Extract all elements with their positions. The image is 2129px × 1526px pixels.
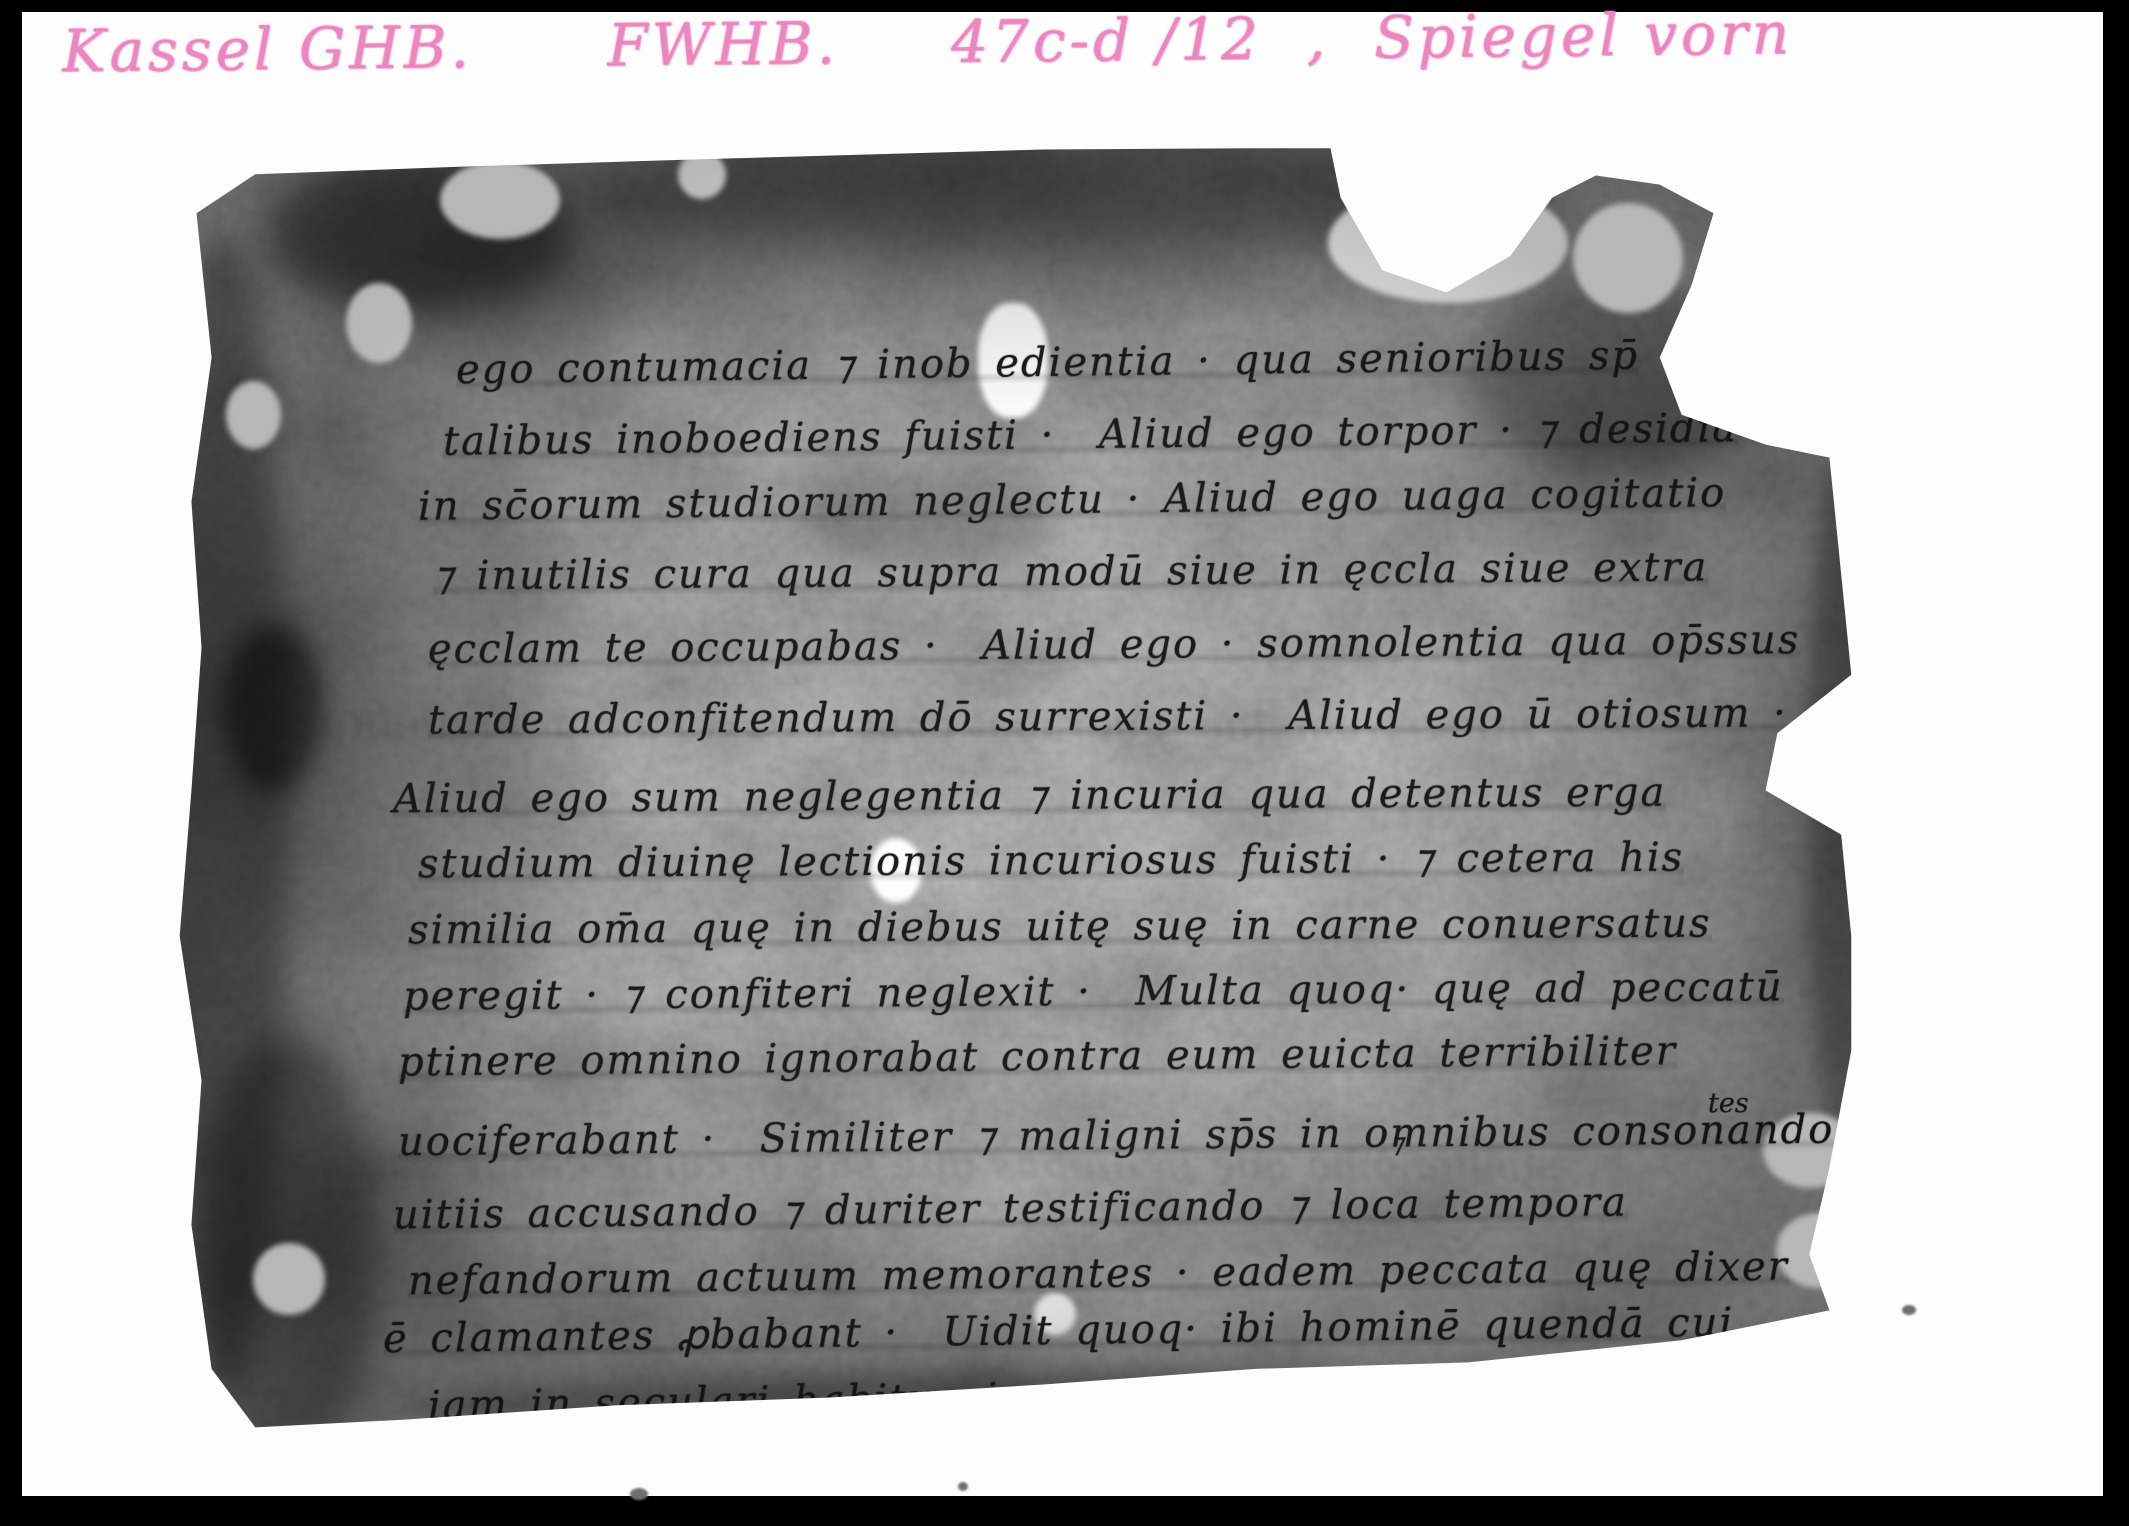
- manuscript-fragment: ptinere omnino ignorabat contra eum euic…: [178, 143, 1858, 1443]
- edge-vignette: [178, 143, 1858, 1443]
- ink-speck: [958, 1482, 968, 1491]
- ink-speck: [1902, 1305, 1916, 1315]
- scanned-photograph: Kassel GHB. FWHB. 47c-d /12 , Spiegel vo…: [0, 0, 2129, 1526]
- ink-speck: [630, 1488, 648, 1500]
